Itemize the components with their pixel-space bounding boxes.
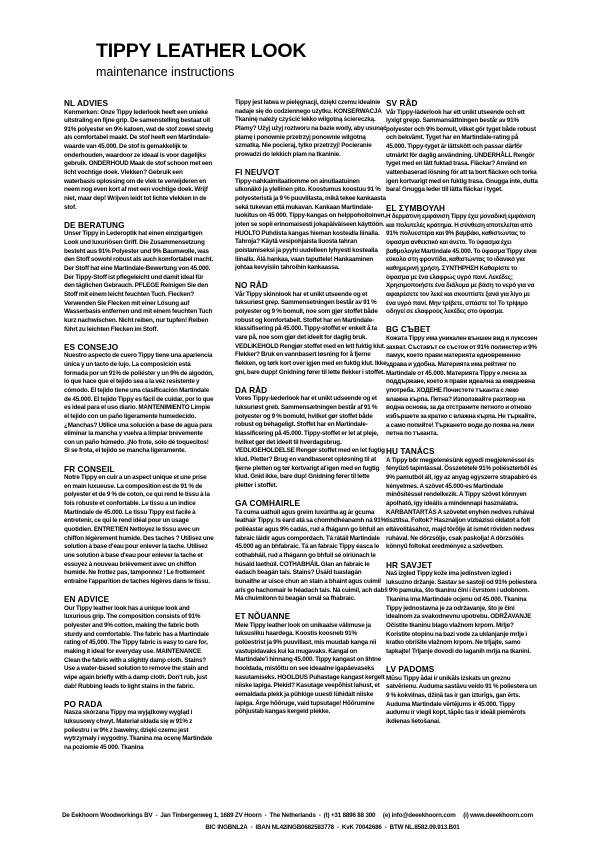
section-heading: PO RADA	[64, 700, 214, 710]
document-subtitle: maintenance instructions	[96, 64, 234, 80]
section-fi: FI NEUVOT Tippy-nahkaimitaatiomme on ain…	[235, 168, 387, 273]
section-de: DE BERATUNG Unser Tippy in Lederoptik ha…	[64, 221, 214, 334]
section-po: PO RADA Nasza skórzana Tippy ma wyjątkow…	[64, 700, 214, 753]
section-heading: BG СЪВЕТ	[386, 325, 538, 335]
section-heading: FR CONSEIL	[64, 465, 214, 475]
section-body: Vår Tippy skinnlook har et unikt utseend…	[235, 291, 387, 378]
section-body: Tá cuma uathúil agus greim luxúrtha ag á…	[235, 509, 387, 604]
section-hr: HR SAVJET Naš izgled Tippy kože ima jedi…	[386, 561, 538, 657]
section-hu: HU TANÁCS A Tippy bőr megjelenésünk egye…	[386, 447, 538, 552]
section-body: Kenmerken: Onze Tippy lederlook heeft ee…	[64, 109, 214, 213]
section-no: NO RÅD Vår Tippy skinnlook har et unikt …	[235, 281, 387, 377]
section-heading: GA COMHAIRLE	[235, 499, 387, 509]
footer-contact-line: De Eekhoorn Woodworkings BV-Jan Tinberge…	[0, 812, 595, 820]
footer-phone: (t) +31 8896 88 300	[324, 812, 376, 819]
section-heading: DA RÅD	[235, 386, 387, 396]
section-body: Vores Tippy-læderlook har et unikt udsee…	[235, 395, 387, 490]
section-body: Meie Tippy leather look on unikaalse väl…	[235, 622, 387, 717]
footer-iban: IBAN NL42INGB0682583778	[256, 824, 334, 831]
section-sv: SV RÅD Vår Tippy-läderlook har ett unikt…	[386, 99, 538, 195]
column-3: SV RÅD Vår Tippy-läderlook har ett unikt…	[386, 99, 538, 735]
footer-address: Jan Tinbergenweg 1, 1689 ZV Hoorn	[160, 812, 261, 819]
section-heading: NO RÅD	[235, 281, 387, 291]
section-fr: FR CONSEIL Notre Tippy en cuir a un aspe…	[64, 465, 214, 587]
document-title: TIPPY LEATHER LOOK	[96, 40, 306, 62]
column-2: Tippy jest łatwa w pielęgnacji, dzięki c…	[235, 99, 387, 726]
section-body: Tippy jest łatwa w pielęgnacji, dzięki c…	[235, 99, 387, 160]
footer-kvk: KvK 70042686	[342, 824, 382, 831]
section-body: Nasza skórzana Tippy ma wyjątkowy wygląd…	[64, 709, 214, 752]
section-body: Vår Tippy-läderlook har ett unikt utseen…	[386, 109, 538, 196]
section-lv: LV PADOMS Mūsu Tippy ādai ir unikāls izs…	[386, 665, 538, 726]
footer-website[interactable]: (i) www.deeekhoorn.com	[463, 812, 533, 819]
section-body: Nuestro aspecto de cuero Tippy tiene una…	[64, 352, 214, 456]
footer-company: De Eekhoorn Woodworkings BV	[62, 812, 152, 819]
section-heading: HR SAVJET	[386, 561, 538, 571]
section-heading: ES CONSEJO	[64, 343, 214, 353]
section-body: A Tippy bőr megjelenésünk egyedi megjele…	[386, 457, 538, 552]
footer-country: The Netherlands	[270, 812, 316, 819]
section-es: ES CONSEJO Nuestro aspecto de cuero Tipp…	[64, 343, 214, 456]
section-body: Mūsu Tippy ādai ir unikāls izskats un gr…	[386, 675, 538, 727]
section-body: Naš izgled Tippy kože ima jedinstven izg…	[386, 570, 538, 657]
section-heading: DE BERATUNG	[64, 221, 214, 231]
section-heading: NL ADVIES	[64, 99, 214, 109]
section-po-continued: Tippy jest łatwa w pielęgnacji, dzięki c…	[235, 99, 387, 160]
section-body: Notre Tippy en cuir a un aspect unique e…	[64, 474, 214, 587]
column-1: NL ADVIES Kenmerken: Onze Tippy lederloo…	[64, 99, 214, 761]
section-ga: GA COMHAIRLE Tá cuma uathúil agus greim …	[235, 499, 387, 604]
section-body: Кожата Tippy има уникален външен вид и л…	[386, 335, 538, 439]
section-body: Unser Tippy in Lederoptik hat einen einz…	[64, 230, 214, 334]
section-body: Tippy-nahkaimitaatiomme on ainutlaatuine…	[235, 178, 387, 273]
section-heading: HU TANÁCS	[386, 447, 538, 457]
section-da: DA RÅD Vores Tippy-læderlook har et unik…	[235, 386, 387, 491]
section-et: ET NÕUANNE Meie Tippy leather look on un…	[235, 612, 387, 717]
section-heading: ET NÕUANNE	[235, 612, 387, 622]
footer-bank-line: BIC INGBNL2A-IBAN NL42INGB0682583778-KvK…	[0, 824, 595, 832]
section-heading: EL ΣΥΜΒΟΥΛΗ	[386, 204, 538, 214]
section-el: EL ΣΥΜΒΟΥΛΗ Η δερμάτινη εμφάνιση Tippy έ…	[386, 204, 538, 317]
section-heading: FI NEUVOT	[235, 168, 387, 178]
section-body: Our Tippy leather look has a unique look…	[64, 605, 214, 692]
section-body: Η δερμάτινη εμφάνιση Tippy έχει μοναδική…	[386, 213, 538, 317]
section-bg: BG СЪВЕТ Кожата Tippy има уникален външе…	[386, 325, 538, 438]
footer-bic: BIC INGBNL2A	[205, 824, 247, 831]
footer-email[interactable]: (e) info@deeekhoorn.com	[383, 812, 456, 819]
section-heading: EN ADVICE	[64, 595, 214, 605]
section-heading: LV PADOMS	[386, 665, 538, 675]
footer-btw: BTW NL.8582.09.913.B01	[390, 824, 460, 831]
section-heading: SV RÅD	[386, 99, 538, 109]
section-nl: NL ADVIES Kenmerken: Onze Tippy lederloo…	[64, 99, 214, 212]
section-en: EN ADVICE Our Tippy leather look has a u…	[64, 595, 214, 691]
